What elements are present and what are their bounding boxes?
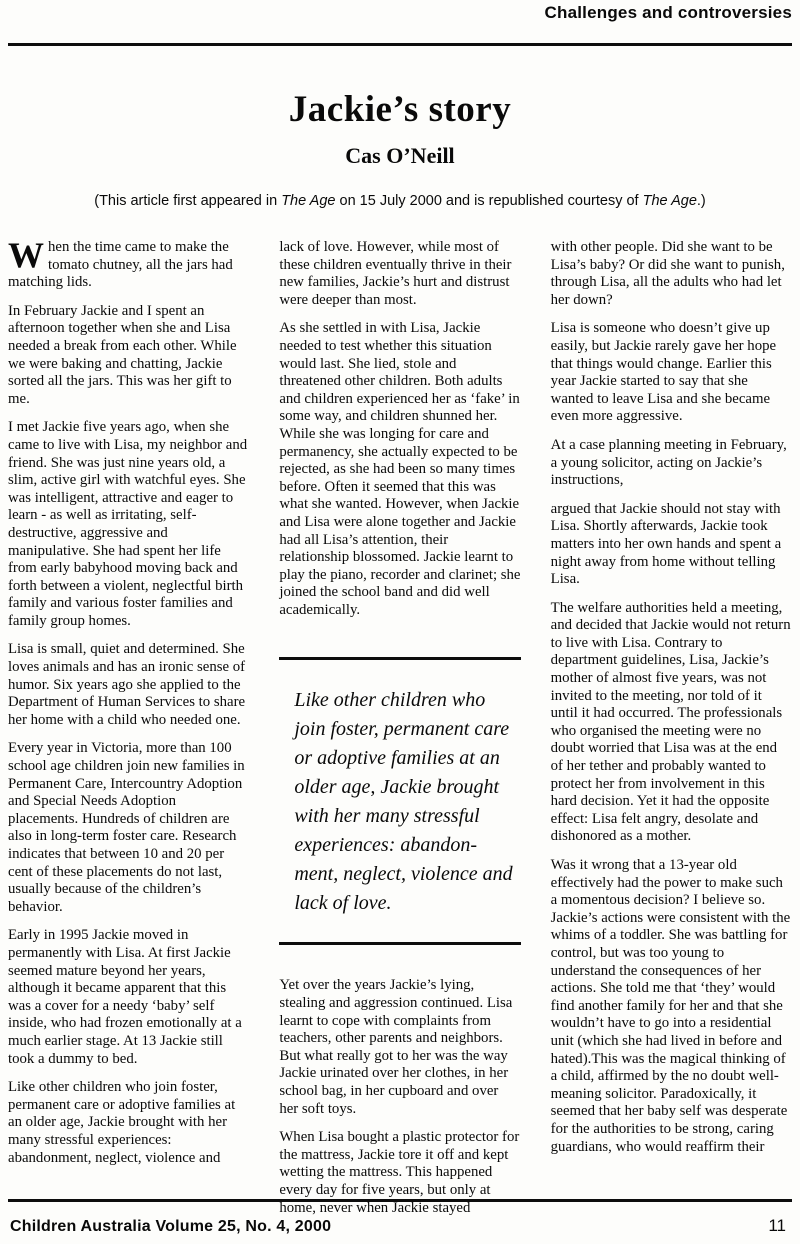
- title-block: Jackie’s story Cas O’Neill (This article…: [8, 88, 792, 209]
- paragraph: with other people. Did she want to be Li…: [551, 239, 792, 309]
- drop-cap: W: [8, 239, 48, 269]
- paragraph: Yet over the years Jackie’s lying, steal…: [279, 977, 520, 1118]
- page-title: Jackie’s story: [8, 88, 792, 131]
- paragraph: Every year in Victoria, more than 100 sc…: [8, 740, 249, 916]
- paragraph: At a case planning meeting in February, …: [551, 437, 792, 490]
- paragraph: Was it wrong that a 13-year old effectiv…: [551, 857, 792, 1156]
- article-author: Cas O’Neill: [8, 143, 792, 169]
- publication-name: The Age: [643, 193, 697, 209]
- article-body: When the time came to make the tomato ch…: [8, 239, 792, 1228]
- column-3: with other people. Did she want to be Li…: [551, 239, 792, 1167]
- paragraph: Early in 1995 Jackie moved in permanentl…: [8, 927, 249, 1068]
- paragraph: The welfare authorities held a meeting, …: [551, 600, 792, 846]
- paragraph: I met Jackie five years ago, when she ca…: [8, 419, 249, 630]
- paragraph: Lisa is small, quiet and determined. She…: [8, 641, 249, 729]
- paragraph: Lisa is someone who doesn’t give up easi…: [551, 320, 792, 426]
- pull-quote: Like other children who join foster, per…: [279, 657, 520, 945]
- paragraph: Like other children who join foster, per…: [8, 1079, 249, 1167]
- paragraph: In February Jackie and I spent an aftern…: [8, 303, 249, 409]
- footer: Children Australia Volume 25, No. 4, 200…: [0, 1199, 800, 1244]
- paragraph: As she settled in with Lisa, Jackie need…: [279, 320, 520, 619]
- page-number: 11: [768, 1216, 790, 1236]
- reprint-note-text: (This article first appeared in: [94, 193, 281, 209]
- column-2: lack of love. However, while most of the…: [279, 239, 520, 1228]
- column-1: When the time came to make the tomato ch…: [8, 239, 249, 1178]
- pull-quote-text: Like other children who join foster, per…: [294, 686, 518, 918]
- reprint-note: (This article first appeared in The Age …: [8, 193, 792, 209]
- paragraph: When the time came to make the tomato ch…: [8, 239, 249, 292]
- paragraph: argued that Jackie should not stay with …: [551, 501, 792, 589]
- journal-citation: Children Australia Volume 25, No. 4, 200…: [10, 1218, 331, 1236]
- reprint-note-text: on 15 July 2000 and is republished court…: [335, 193, 642, 209]
- paragraph: lack of love. However, while most of the…: [279, 239, 520, 309]
- reprint-note-text: .): [697, 193, 706, 209]
- journal-page: Challenges and controversies Jackie’s st…: [0, 0, 800, 1244]
- header-rule: [8, 43, 792, 46]
- running-head: Challenges and controversies: [8, 0, 792, 23]
- publication-name: The Age: [281, 193, 335, 209]
